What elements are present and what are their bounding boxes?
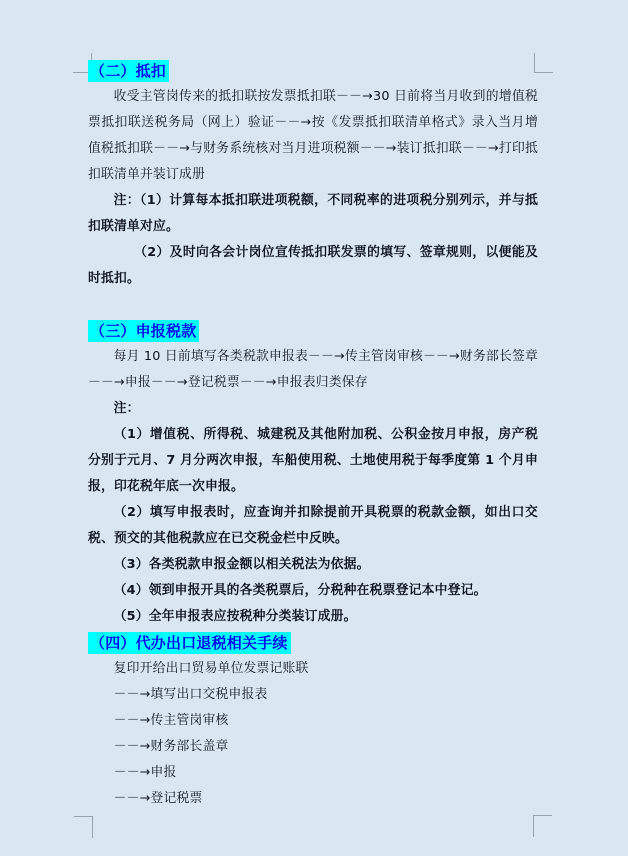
paragraph-shenbao-note: 注：	[88, 396, 538, 422]
section-heading-highlight: （三）申报税款	[88, 320, 199, 342]
section-heading-shenbao: （三）申报税款	[88, 318, 538, 344]
section-heading-highlight: （四）代办出口退税相关手续	[88, 632, 291, 654]
paragraph-dikou-flow: 收受主管岗传来的抵扣联按发票抵扣联－－→30 日前将当月收到的增值税票抵扣联送税…	[88, 84, 538, 188]
section-heading-dikou: （二）抵扣	[88, 58, 538, 84]
paragraph-shenbao-flow: 每月 10 日前填写各类税款申报表－－→传主管岗审核－－→财务部长签章－－→申报…	[88, 344, 538, 396]
document-text-area[interactable]: （二）抵扣 收受主管岗传来的抵扣联按发票抵扣联－－→30 日前将当月收到的增值税…	[88, 58, 538, 812]
crop-mark-bottom-right	[533, 815, 552, 837]
paragraph-shenbao-note-4: （4）领到申报开具的各类税票后，分税种在税票登记本中登记。	[88, 578, 538, 604]
flow-step-register: －－→登记税票	[88, 786, 538, 812]
flow-step-review: －－→传主管岗审核	[88, 708, 538, 734]
section-heading-tuishui: （四）代办出口退税相关手续	[88, 630, 538, 656]
crop-mark-bottom-left	[74, 816, 93, 838]
paragraph-dikou-note-2: （2）及时向各会计岗位宣传抵扣联发票的填写、签章规则，以便能及时抵扣。	[88, 240, 538, 292]
paragraph-shenbao-note-5: （5）全年申报表应按税种分类装订成册。	[88, 604, 538, 630]
document-page: （二）抵扣 收受主管岗传来的抵扣联按发票抵扣联－－→30 日前将当月收到的增值税…	[0, 0, 628, 856]
blank-line	[88, 292, 538, 318]
paragraph-shenbao-note-3: （3）各类税款申报金额以相关税法为依据。	[88, 552, 538, 578]
paragraph-dikou-note-1: 注：（1）计算每本抵扣联进项税额，不同税率的进项税分别列示，并与抵扣联清单对应。	[88, 188, 538, 240]
paragraph-shenbao-note-1: （1）增值税、所得税、城建税及其他附加税、公积金按月申报，房产税分别于元月、7 …	[88, 422, 538, 500]
paragraph-shenbao-note-2: （2）填写申报表时，应查询并扣除提前开具税票的税款金额，如出口交税、预交的其他税…	[88, 500, 538, 552]
flow-step-declare: －－→申报	[88, 760, 538, 786]
flow-step-seal: －－→财务部长盖章	[88, 734, 538, 760]
paragraph-tuishui-intro: 复印开给出口贸易单位发票记账联	[88, 656, 538, 682]
section-heading-highlight: （二）抵扣	[88, 60, 169, 82]
flow-step-fill-form: －－→填写出口交税申报表	[88, 682, 538, 708]
